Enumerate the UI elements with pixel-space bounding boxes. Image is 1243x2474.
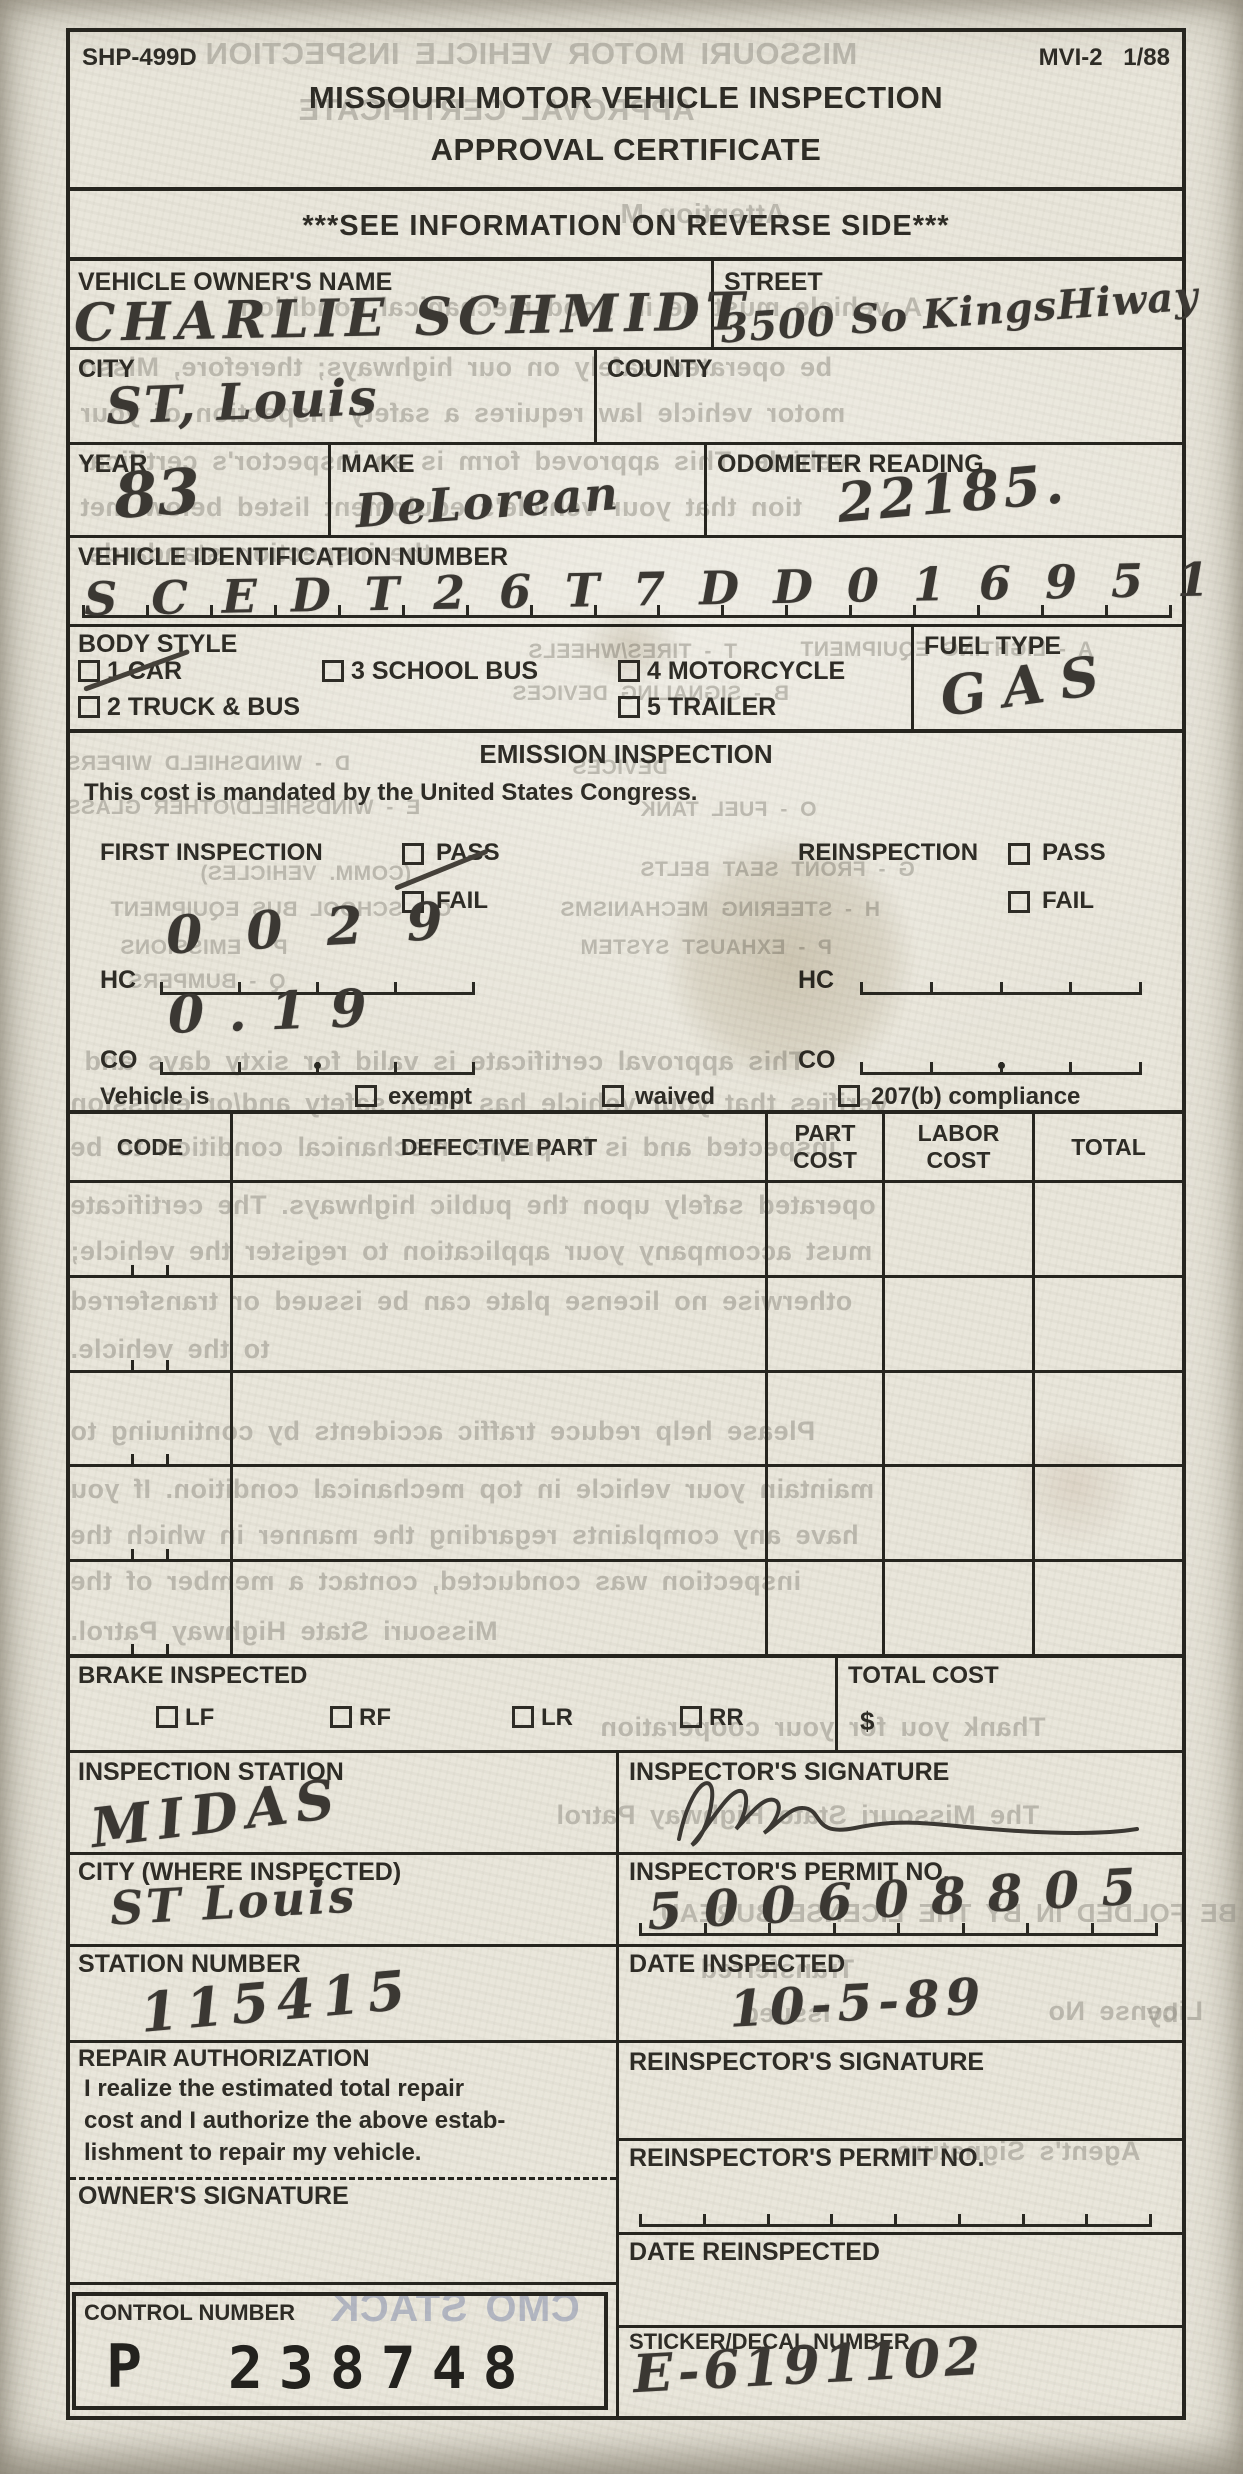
checkbox-exempt — [355, 1085, 377, 1107]
fuel-type-field: FUEL TYPE GAS — [911, 627, 1182, 729]
table-cell — [70, 1467, 230, 1559]
decimal-dot — [314, 1062, 321, 1069]
bottom-block: REPAIR AUTHORIZATION I realize the estim… — [70, 2040, 1182, 2416]
owner-street-row: VEHICLE OWNER'S NAME CHARLIE SCHMIDT STR… — [70, 257, 1182, 347]
date-inspected-label: DATE INSPECTED — [629, 1951, 845, 1977]
checkbox-rf — [330, 1706, 352, 1728]
table-cell — [230, 1562, 765, 1654]
table-cell — [230, 1183, 765, 1275]
owner-signature-label: OWNER'S SIGNATURE — [78, 2183, 349, 2209]
form-number-left: SHP-499D — [82, 46, 197, 71]
first-co-line — [160, 1059, 475, 1075]
waived-label: waived — [635, 1085, 715, 1110]
make-label: MAKE — [341, 451, 415, 477]
table-row — [70, 1275, 1182, 1370]
column-header-code: CODE — [70, 1114, 230, 1180]
re-hc-label: HC — [798, 967, 834, 993]
body-style-option-motorcycle: 4 MOTORCYCLE — [618, 657, 845, 686]
inspector-signature-scribble — [659, 1765, 1169, 1853]
date-reinspected-label: DATE REINSPECTED — [629, 2239, 880, 2265]
brake-inspected-field: BRAKE INSPECTED LF RF LR RR — [70, 1658, 835, 1750]
street-field: STREET 3500 So KingsHiway — [711, 261, 1182, 347]
checkbox-rr — [680, 1706, 702, 1728]
checkbox-first-pass — [402, 843, 424, 865]
first-co-handwriting: 0.19 — [167, 977, 392, 1046]
table-cell — [1032, 1183, 1182, 1275]
checkbox-207b — [838, 1085, 860, 1107]
divider — [619, 2232, 1182, 2235]
table-row — [70, 1464, 1182, 1559]
total-cost-field: TOTAL COST $ — [835, 1658, 1182, 1750]
exempt-label: exempt — [388, 1085, 472, 1110]
body-style-label: BODY STYLE — [78, 631, 237, 657]
table-cell — [765, 1562, 882, 1654]
column-header-defective-part: DEFECTIVE PART — [230, 1114, 765, 1180]
form-number-right: MVI-2 1/88 — [1039, 46, 1170, 71]
inspector-signature-field: INSPECTOR'S SIGNATURE — [616, 1753, 1182, 1852]
table-row — [70, 1559, 1182, 1654]
city-handwriting: ST, Louis — [105, 367, 380, 435]
option-trailer-label: 5 TRAILER — [647, 693, 776, 721]
brake-total-row: BRAKE INSPECTED LF RF LR RR TOTAL COST $ — [70, 1654, 1182, 1750]
repair-table: CODE DEFECTIVE PART PART COST LABOR COST… — [70, 1110, 1182, 1654]
table-cell — [230, 1467, 765, 1559]
body-style-option-truck-bus: 2 TRUCK & BUS — [78, 693, 300, 722]
table-row — [70, 1370, 1182, 1465]
table-cell — [70, 1183, 230, 1275]
repair-authorization-label: REPAIR AUTHORIZATION — [78, 2047, 370, 2072]
option-car-label: 1 CAR — [107, 657, 182, 685]
date-inspected-field: DATE INSPECTED 10-5-89 — [616, 1947, 1182, 2040]
banner-text: ***SEE INFORMATION ON REVERSE SIDE*** — [70, 211, 1182, 241]
vin-row: VEHICLE IDENTIFICATION NUMBER SCEDT26T7D… — [70, 535, 1182, 624]
re-hc-line — [860, 979, 1142, 995]
station-signature-row: INSPECTION STATION MIDAS INSPECTOR'S SIG… — [70, 1750, 1182, 1852]
decimal-dot — [998, 1062, 1005, 1069]
option-school-bus-label: 3 SCHOOL BUS — [351, 657, 538, 685]
table-cell — [765, 1278, 882, 1370]
first-co-label: CO — [100, 1047, 138, 1073]
reinspection-pass-label: PASS — [1042, 841, 1106, 866]
first-hc-handwriting: 0029 — [165, 889, 488, 967]
reinspection-label: REINSPECTION — [798, 841, 978, 866]
control-number-box: CONTROL NUMBER P 238748 — [72, 2292, 608, 2410]
table-cell — [70, 1278, 230, 1370]
table-cell — [882, 1278, 1032, 1370]
checkbox-lr — [512, 1706, 534, 1728]
table-cell — [1032, 1373, 1182, 1465]
inspection-certificate-form: SHP-499D MVI-2 1/88 MISSOURI MOTOR VEHIC… — [66, 28, 1186, 2420]
banner-row: ***SEE INFORMATION ON REVERSE SIDE*** — [70, 187, 1182, 257]
repair-authorization-text-line2: cost and I authorize the above estab- — [84, 2109, 505, 2134]
repair-authorization-text-line1: I realize the estimated total repair — [84, 2077, 464, 2102]
station-number-date-row: STATION NUMBER 115415 DATE INSPECTED 10-… — [70, 1944, 1182, 2040]
first-pass-label: PASS — [436, 841, 500, 866]
table-cell — [1032, 1467, 1182, 1559]
rf-label: RF — [359, 1704, 391, 1731]
table-cell — [1032, 1278, 1182, 1370]
brake-inspected-label: BRAKE INSPECTED — [78, 1664, 307, 1689]
compliance-label: 207(b) compliance — [871, 1085, 1080, 1110]
table-cell — [882, 1562, 1032, 1654]
inspection-station-field: INSPECTION STATION MIDAS — [70, 1753, 616, 1852]
table-cell — [230, 1278, 765, 1370]
table-cell — [882, 1183, 1032, 1275]
form-title-line2: APPROVAL CERTIFICATE — [70, 134, 1182, 166]
brake-option-rr: RR — [680, 1704, 744, 1732]
rr-label: RR — [709, 1704, 744, 1731]
city-county-row: CITY ST, Louis COUNTY — [70, 347, 1182, 442]
checkbox-reinspection-pass — [1008, 843, 1030, 865]
body-style-field: BODY STYLE 1 CAR 3 SCHOOL BUS 4 MOTORCYC… — [70, 627, 911, 729]
odometer-field: ODOMETER READING 22185. — [704, 445, 1182, 535]
year-make-odometer-row: YEAR 83 MAKE DeLorean ODOMETER READING 2… — [70, 442, 1182, 535]
repair-table-body — [70, 1183, 1182, 1654]
owner-name-handwriting: CHARLIE SCHMIDT — [74, 281, 751, 354]
body-style-fuel-row: BODY STYLE 1 CAR 3 SCHOOL BUS 4 MOTORCYC… — [70, 624, 1182, 729]
emission-section: EMISSION INSPECTION This cost is mandate… — [70, 729, 1182, 1110]
table-cell — [765, 1467, 882, 1559]
bottom-left-column: REPAIR AUTHORIZATION I realize the estim… — [70, 2043, 616, 2416]
currency-sign: $ — [860, 1708, 874, 1735]
year-handwriting: 83 — [112, 454, 203, 533]
county-field: COUNTY — [594, 350, 1182, 442]
checkbox-motorcycle — [618, 660, 640, 682]
column-header-total: TOTAL — [1032, 1114, 1182, 1180]
checkbox-school-bus — [322, 660, 344, 682]
re-co-line — [860, 1059, 1142, 1075]
city-inspected-field: CITY (WHERE INSPECTED) ST Louis — [70, 1855, 616, 1944]
reinspector-permit-line — [639, 2211, 1152, 2227]
brake-option-rf: RF — [330, 1704, 391, 1732]
owner-name-field: VEHICLE OWNER'S NAME CHARLIE SCHMIDT — [70, 261, 711, 347]
body-style-option-trailer: 5 TRAILER — [618, 693, 776, 722]
column-header-labor-cost: LABOR COST — [882, 1114, 1032, 1180]
emission-title: EMISSION INSPECTION — [70, 741, 1182, 768]
lr-label: LR — [541, 1704, 573, 1731]
first-inspection-label: FIRST INSPECTION — [100, 841, 323, 866]
re-co-label: CO — [798, 1047, 836, 1073]
body-style-option-school-bus: 3 SCHOOL BUS — [322, 657, 538, 686]
repair-table-header: CODE DEFECTIVE PART PART COST LABOR COST… — [70, 1114, 1182, 1183]
brake-option-lr: LR — [512, 1704, 573, 1732]
brake-option-lf: LF — [156, 1704, 214, 1732]
city-inspected-handwriting: ST Louis — [109, 1869, 359, 1936]
city-permit-row: CITY (WHERE INSPECTED) ST Louis INSPECTO… — [70, 1852, 1182, 1944]
scanned-certificate-paper: MISSOURI MOTOR VEHICLE INSPECTIONAPPROVA… — [0, 0, 1243, 2474]
emission-note: This cost is mandated by the United Stat… — [84, 781, 697, 806]
table-cell — [882, 1467, 1032, 1559]
table-cell — [765, 1373, 882, 1465]
owner-signature-bottom-line — [70, 2282, 616, 2285]
table-cell — [230, 1373, 765, 1465]
divider — [619, 2325, 1182, 2328]
divider — [619, 2138, 1182, 2141]
first-hc-label: HC — [100, 967, 136, 993]
table-cell — [882, 1373, 1032, 1465]
dashed-separator — [70, 2177, 616, 2180]
checkbox-truck-bus — [78, 696, 100, 718]
checkbox-lf — [156, 1706, 178, 1728]
form-title-line1: MISSOURI MOTOR VEHICLE INSPECTION — [70, 82, 1182, 114]
county-label: COUNTY — [607, 356, 713, 382]
checkbox-car — [78, 660, 100, 682]
table-cell — [1032, 1562, 1182, 1654]
table-cell — [70, 1373, 230, 1465]
reinspector-signature-label: REINSPECTOR'S SIGNATURE — [629, 2049, 984, 2075]
control-number-value: 238748 — [228, 2334, 534, 2402]
lf-label: LF — [185, 1704, 214, 1731]
checkbox-reinspection-fail — [1008, 891, 1030, 913]
total-cost-label: TOTAL COST — [848, 1664, 999, 1689]
column-header-part-cost: PART COST — [765, 1114, 882, 1180]
reinspector-permit-label: REINSPECTOR'S PERMIT NO. — [629, 2145, 985, 2171]
repair-authorization-text-line3: lishment to repair my vehicle. — [84, 2141, 421, 2166]
option-motorcycle-label: 4 MOTORCYCLE — [647, 657, 845, 685]
table-cell — [70, 1562, 230, 1654]
checkbox-waived — [602, 1085, 624, 1107]
city-field: CITY ST, Louis — [70, 350, 594, 442]
control-prefix: P — [106, 2332, 142, 2402]
control-number-label: CONTROL NUMBER — [84, 2302, 295, 2325]
option-truck-bus-label: 2 TRUCK & BUS — [107, 693, 300, 721]
inspector-permit-field: INSPECTOR'S PERMIT NO. 500608805 — [616, 1855, 1182, 1944]
bottom-right-column: REINSPECTOR'S SIGNATURE REINSPECTOR'S PE… — [616, 2043, 1182, 2416]
form-header: SHP-499D MVI-2 1/88 MISSOURI MOTOR VEHIC… — [70, 32, 1182, 187]
year-field: YEAR 83 — [70, 445, 328, 535]
make-field: MAKE DeLorean — [328, 445, 704, 535]
date-inspected-handwriting: 10-5-89 — [728, 1966, 988, 2038]
reinspection-fail-label: FAIL — [1042, 889, 1094, 914]
table-row — [70, 1183, 1182, 1275]
station-number-field: STATION NUMBER 115415 — [70, 1947, 616, 2040]
table-cell — [765, 1183, 882, 1275]
vehicle-is-label: Vehicle is — [100, 1085, 209, 1110]
checkbox-trailer — [618, 696, 640, 718]
